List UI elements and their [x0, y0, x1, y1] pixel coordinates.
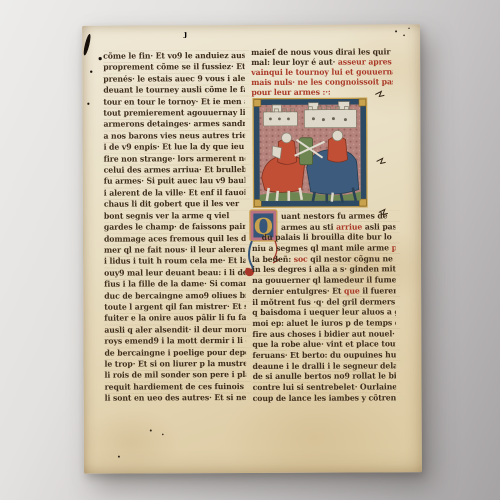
folio-mark: ȷ: [184, 28, 187, 38]
text-line: gardes le champ· de faissons paint: [104, 221, 246, 233]
ink-speck: [118, 456, 120, 458]
text-line: bont segnis ver la arme q viel: [104, 210, 246, 222]
text-line: feruans· Et berto: du oupuines hur: [252, 349, 396, 360]
margin-pen-marks: [375, 91, 388, 214]
text-line: la bedeñ: soc qil nestor cõgnu ne fauoit: [252, 253, 396, 264]
text-line: maief de nous vous dirai les quir le: [251, 47, 393, 58]
text-line: niu a segmes ql mant mile arme pede a: [252, 242, 396, 253]
text-line: i alerent de la ville· Et enf il fauoit …: [104, 187, 246, 199]
text-line: deaune i le dralli i le segneur delalt: [252, 360, 396, 371]
text-line: pour leur armes :·:: [251, 87, 393, 98]
text-line: il mõtrent fus ·q· del gril dermers: [252, 296, 396, 307]
text-line: mal: leur loyr é aut· asseur apres: [251, 57, 393, 68]
text-line: le trop· Et si on liurer p la mustres i: [104, 358, 246, 370]
text-line: que la robe alue· vint et place tout les: [252, 339, 396, 350]
text-line: fius i la fille de la dame· Si comanda l…: [104, 278, 246, 290]
text-line: ouy9 mal leur deuant beau: i li deu: [104, 267, 246, 279]
text-line: fu armes· Si puit auec lau v9 bauls: [104, 175, 246, 187]
text-line: na gouuerner ql lamedeur il fumeur: [252, 274, 396, 285]
knights-tournament-miniature: [252, 97, 367, 208]
text-line: dernier entulgres· Et que il fuerent no9: [252, 285, 396, 296]
left-text-column: cõme le fin· Et vo9 le anduiez ausliprop…: [103, 50, 251, 404]
manuscript-page: ȷ cõme le fin· Et vo9 le anduiez auslipr…: [82, 24, 422, 473]
ink-speck: [395, 30, 397, 32]
text-line: mer ql ne fait nous· il leur alerent alu: [104, 244, 246, 256]
text-line: armerons detainges· armes sandrois: [103, 118, 245, 130]
right-knight-helm: [332, 130, 342, 140]
ink-blot: [82, 34, 92, 56]
text-line: fire aus choses i bidier aut nouel· Et: [252, 328, 396, 339]
text-line: mais nuls· ne les congnoissoit pas: [251, 77, 393, 88]
ink-speck: [150, 429, 152, 431]
text-line: du palais li brouilla dite bur lo: [252, 232, 396, 243]
right-horse-leg-white: [332, 193, 333, 202]
text-line: i lidus i tuit h roum cela me· Et la: [104, 255, 246, 267]
text-line: i de v9 enpis· Et lue la dy que ieu ad9: [104, 141, 246, 153]
text-line: deuant le tourney ausli cõme le faze: [103, 84, 245, 96]
text-line: li rois de mil sonder son pere i plaine: [105, 369, 247, 381]
text-line: toute l argent qil fan mistrer· Et si: [104, 301, 246, 313]
text-line: dommage aces fremous quil les deur: [104, 233, 246, 245]
text-line: fuiter e la onire auos pâlir li fu fait: [104, 312, 246, 324]
text-line: cõme le fin· Et vo9 le anduiez ausli: [103, 50, 245, 62]
text-line: fire non strange· lors armerent not: [104, 153, 246, 165]
text-line: ausli q aler alsendit· il deur moruit le: [104, 324, 246, 336]
text-line: proprement cõme se il fussiez· Et la: [103, 61, 245, 73]
text-line: tout premierement agouuernay li no9: [103, 107, 245, 119]
ink-speck: [408, 28, 409, 29]
ink-blot: [99, 57, 102, 60]
ink-blot: [87, 103, 89, 105]
text-line: tour en tour le tornoy· Et ie men au: [103, 96, 245, 108]
text-line: roys emend9 i la mott dermir i li d9: [104, 335, 246, 347]
text-line: li sont en ueo des autres· Et si ne les: [105, 392, 247, 404]
text-line: moi ep: aluet le iuros p de temps qil: [252, 317, 396, 328]
text-line: armes au sti arriue asli pas: [252, 221, 396, 232]
text-line: coup de lance les iambes y cõtrenar: [253, 392, 397, 403]
right-column-rubric: maief de nous vous dirai les quir lemal:…: [251, 47, 397, 97]
text-line: a nos barons vies neus autres triens: [103, 130, 245, 142]
text-line: uant nestors fu armes de: [252, 210, 396, 221]
ink-speck: [403, 35, 405, 37]
text-line: vainqui le tournoy lui et gouuernans: [251, 67, 393, 78]
text-line: q baisdoma i uequer leur aluos a gl: [252, 307, 396, 318]
text-line: chaus li dit gobert que il les ver: [104, 198, 246, 210]
text-line: de si anulle bertos no9 rollat le bigre: [253, 371, 397, 382]
text-line: requit hardiement de ces fuinois qil: [105, 381, 247, 393]
text-line: contre lui si sentrebelet· Ourlaine: [253, 381, 397, 392]
text-line: in les degres i alla a s· ginden mit tro…: [252, 264, 396, 275]
text-line: celui des armes arriua· Et brullebant: [104, 164, 246, 176]
ink-speck: [162, 434, 164, 436]
text-line: duc de bercaingne amo9 oliues briar: [104, 290, 246, 302]
text-line: de bercaingne i poelige pour depele: [104, 347, 246, 359]
left-knight-helm: [281, 133, 291, 143]
ink-blot: [90, 70, 92, 72]
right-text-paragraph: uant nestors fu armes dearmes au sti arr…: [252, 210, 401, 403]
text-line: prenés· le estais auec 9 vous i ales: [103, 73, 245, 85]
poster-photo-background: ȷ cõme le fin· Et vo9 le anduiez auslipr…: [0, 0, 500, 500]
